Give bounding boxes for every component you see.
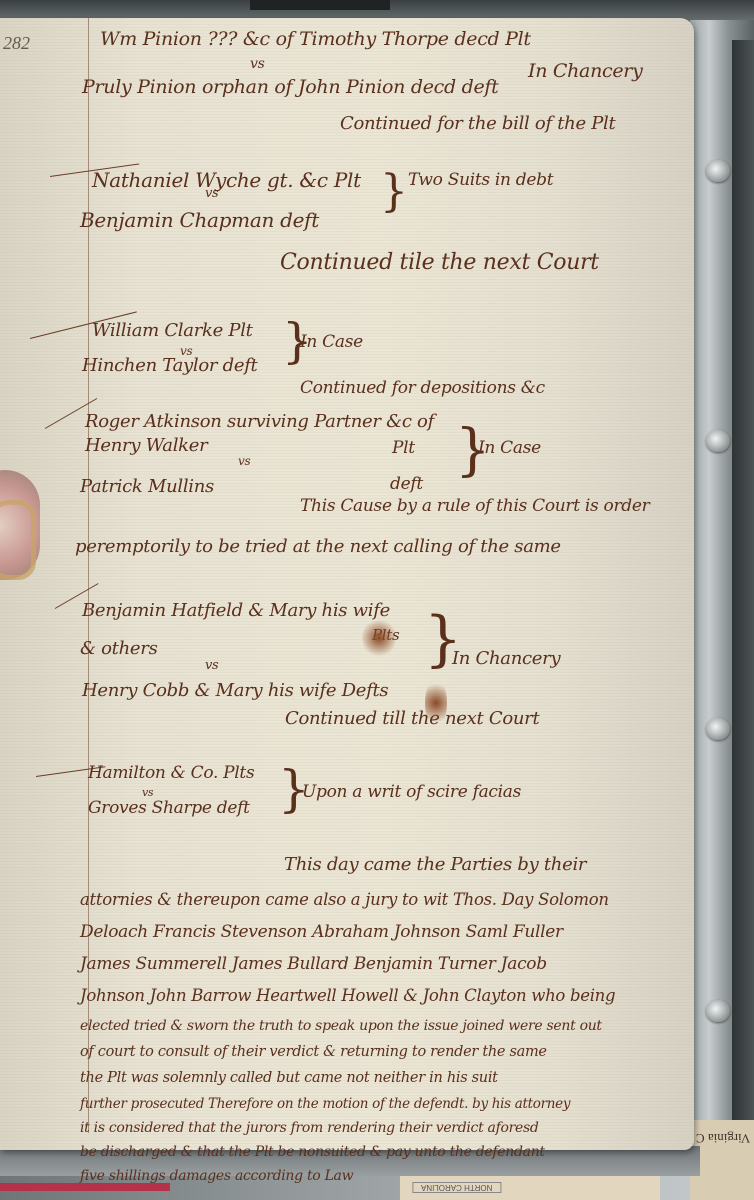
entry-6-court: Upon a writ of scire facias [302, 782, 521, 802]
manuscript-page: 282 Wm Pinion ??? &c of Timothy Thorpe d… [0, 18, 694, 1150]
entry-6-body-line: further prosecuted Therefore on the moti… [80, 1096, 570, 1112]
entry-2-note: Continued tile the next Court [280, 250, 599, 275]
entry-1-note: Continued for the bill of the Plt [340, 113, 615, 134]
entry-6-body-line: elected tried & sworn the truth to speak… [80, 1018, 602, 1034]
entry-6-body-line: Johnson John Barrow Heartwell Howell & J… [80, 986, 615, 1005]
binder-ring-icon [706, 718, 730, 740]
binder-ring-icon [706, 430, 730, 452]
entry-2-brace: } [380, 166, 408, 217]
entry-6-body-line: it is considered that the jurors from re… [80, 1120, 539, 1136]
binder-spine [732, 40, 754, 1140]
entry-2-defendant: Benjamin Chapman deft [80, 208, 319, 232]
entry-1-versus: vs [250, 56, 265, 72]
entry-4-note-line-2: peremptorily to be tried at the next cal… [75, 536, 561, 557]
entry-4-defendant-label: deft [390, 474, 423, 494]
entry-4-note-line-1: This Cause by a rule of this Court is or… [300, 496, 649, 516]
entry-5-note: Continued till the next Court [285, 708, 539, 729]
label-card-text: Virginia C [696, 1130, 750, 1146]
entry-4-court: In Case [478, 438, 541, 458]
entry-1-defendant: Pruly Pinion orphan of John Pinion decd … [82, 76, 498, 98]
finger-ring [0, 500, 36, 580]
entry-5-versus: vs [205, 658, 218, 673]
entry-6-body-line: of court to consult of their verdict & r… [80, 1044, 547, 1060]
red-strip [0, 1183, 170, 1191]
entry-6-note-opening: This day came the Parties by their [284, 854, 586, 875]
binder-ring-icon [706, 1000, 730, 1022]
entry-2-versus: vs [205, 186, 218, 201]
entry-6-body-line: be discharged & that the Plt be nonsuite… [80, 1144, 545, 1160]
ink-stain [425, 678, 447, 728]
entry-3-plaintiff: William Clarke Plt [92, 320, 253, 341]
binder-ring-icon [706, 160, 730, 182]
top-strip [250, 0, 390, 10]
entry-4-plaintiff-label: Plt [392, 438, 415, 458]
entry-5-plaintiff-line-2: & others [80, 638, 158, 659]
entry-5-court: In Chancery [452, 648, 560, 669]
entry-6-body-line: attornies & thereupon came also a jury t… [80, 890, 609, 909]
entry-3-defendant: Hinchen Taylor deft [82, 355, 258, 376]
entry-6-body-line: James Summerell James Bullard Benjamin T… [80, 954, 547, 974]
entry-3-court: In Case [300, 332, 363, 352]
entry-6-body-line: five shillings damages according to Law [80, 1168, 353, 1184]
entry-5-defendant: Henry Cobb & Mary his wife Defts [82, 680, 388, 701]
entry-4-versus: vs [238, 454, 250, 468]
entry-3-note: Continued for depositions &c [300, 378, 545, 398]
entry-4-defendant: Patrick Mullins [80, 476, 214, 497]
entry-6-plaintiff: Hamilton & Co. Plts [88, 763, 254, 783]
entry-6-body-line: the Plt was solemnly called but came not… [80, 1070, 498, 1086]
bottom-card-text: NORTH CAROLINA [412, 1182, 501, 1193]
entry-1-plaintiff: Wm Pinion ??? &c of Timothy Thorpe decd … [100, 28, 531, 50]
entry-6-defendant: Groves Sharpe deft [88, 798, 250, 818]
entry-1-court: In Chancery [528, 60, 643, 82]
entry-5-plaintiff-line-1: Benjamin Hatfield & Mary his wife [82, 600, 390, 621]
bottom-card: NORTH CAROLINA [400, 1176, 660, 1200]
page-number: 282 [3, 33, 30, 54]
entry-2-plaintiff: Nathaniel Wyche gt. &c Plt [92, 168, 361, 192]
entry-2-court: Two Suits in debt [408, 170, 553, 190]
ink-stain [362, 618, 396, 658]
entry-6-body-line: Deloach Francis Stevenson Abraham Johnso… [80, 922, 563, 942]
